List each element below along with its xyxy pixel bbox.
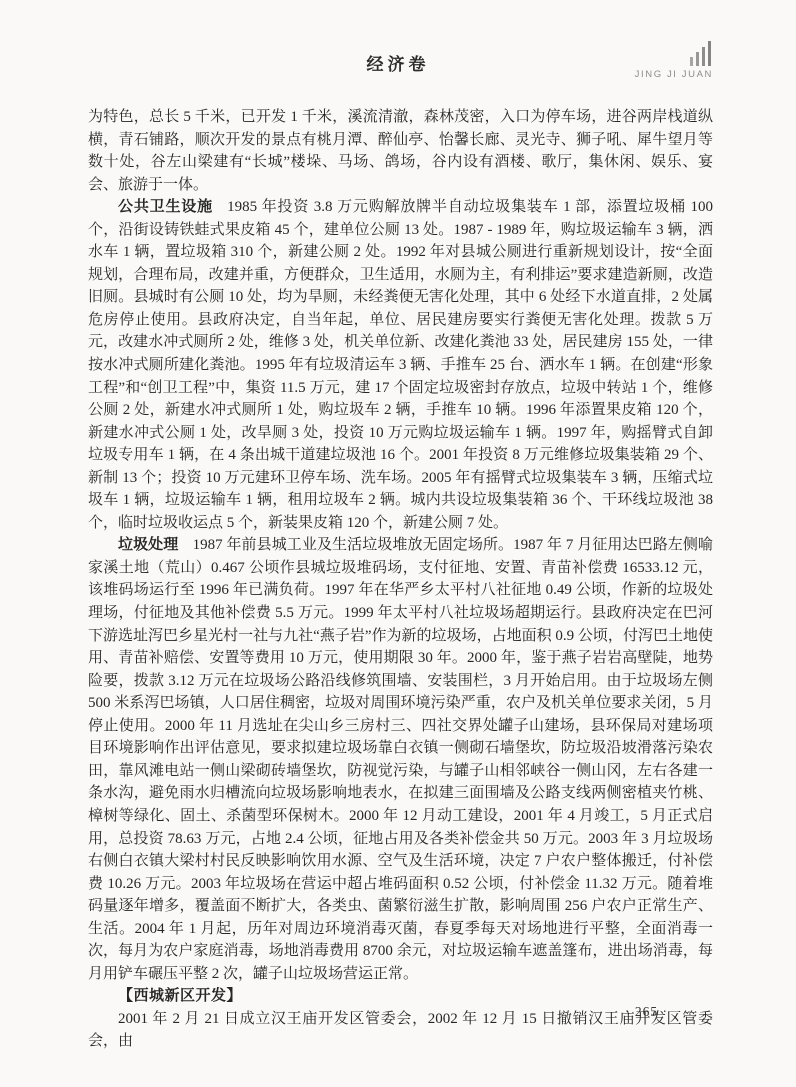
page-number: · 265 ·: [625, 1004, 668, 1020]
bar-chart-logo-icon: [690, 40, 711, 66]
page-body: 为特色，总长 5 千米，已开发 1 千米，溪流清澈，森林茂密，入口为停车场，进谷…: [88, 106, 713, 1053]
logo-romanized-text: JING JI JUAN: [635, 69, 713, 80]
book-page: 经济卷 JING JI JUAN 为特色，总长 5 千米，已开发 1 千米，溪流…: [0, 0, 796, 1087]
entry-label-garbage-disposal: 垃圾处理: [118, 537, 178, 553]
entry-label-public-sanitation: 公共卫生设施: [118, 199, 213, 215]
entry-text-public-sanitation: 1985 年投资 3.8 万元购解放牌半自动垃圾集装车 1 部，添置垃圾桶 10…: [88, 199, 713, 531]
paragraph-scenic-area-continuation: 为特色，总长 5 千米，已开发 1 千米，溪流清澈，森林茂密，入口为停车场，进谷…: [88, 106, 713, 196]
paragraph-garbage-disposal: 垃圾处理1987 年前县城工业及生活垃圾堆放无固定场所。1987 年 7 月征用…: [88, 534, 713, 985]
paragraph-west-district: 2001 年 2 月 21 日成立汉王庙开发区管委会，2002 年 12 月 1…: [88, 1008, 713, 1053]
section-heading-west-district: 【西城新区开发】: [88, 985, 713, 1008]
volume-logo: JING JI JUAN: [635, 40, 713, 80]
entry-text-garbage-disposal: 1987 年前县城工业及生活垃圾堆放无固定场所。1987 年 7 月征用达巴路左…: [88, 537, 713, 981]
paragraph-public-sanitation: 公共卫生设施1985 年投资 3.8 万元购解放牌半自动垃圾集装车 1 部，添置…: [88, 196, 713, 534]
